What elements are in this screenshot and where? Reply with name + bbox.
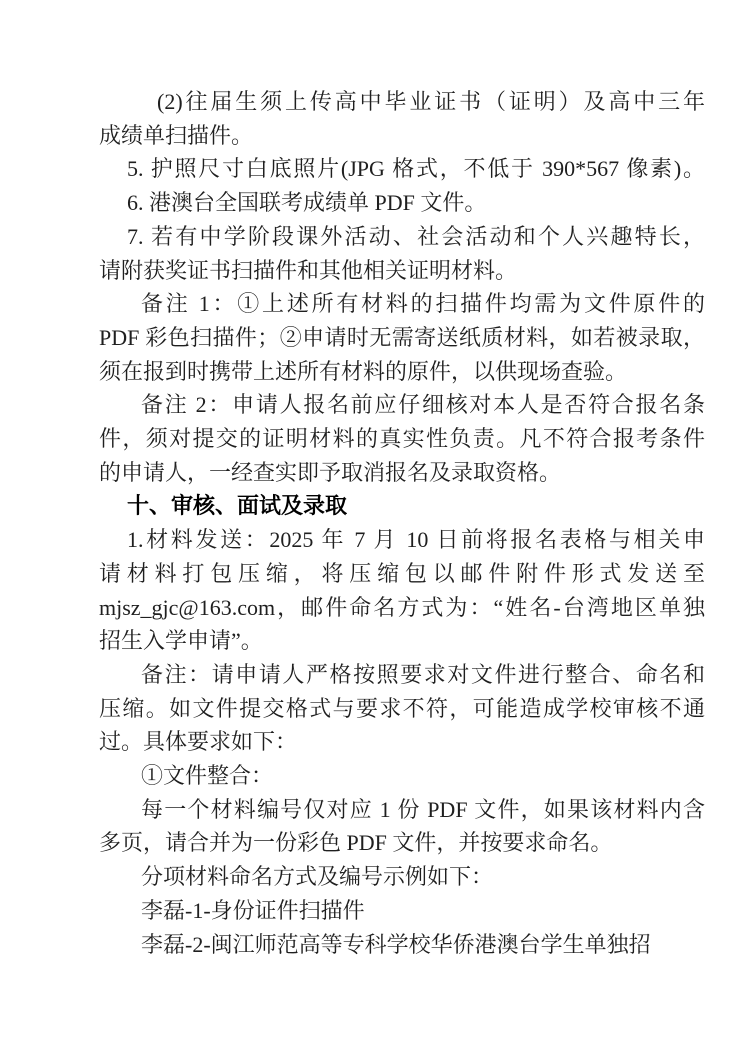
list-item-1-material-sending: 1.材料发送：2025 年 7 月 10 日前将报名表格与相关申 请材料打包压缩… [99,523,705,658]
section-heading-review-interview-admission: 十、审核、面试及录取 [99,489,705,523]
text-line: 备注：请申请人严格按照要求对文件进行整合、命名和 [99,658,705,692]
text-line: 须在报到时携带上述所有材料的原件，以供现场查验。 [99,355,705,389]
paragraph-note-2: 备注 2：申请人报名前应仔细核对本人是否符合报名条 件，须对提交的证明材料的真实… [99,388,705,489]
paragraph-file-integration-point: ①文件整合： [99,759,705,793]
text-line: 备注 2：申请人报名前应仔细核对本人是否符合报名条 [99,388,705,422]
text-line: ①文件整合： [99,759,705,793]
paragraph-naming-example-1: 李磊-1-身份证件扫描件 [99,894,705,928]
text-line: 多页，请合并为一份彩色 PDF 文件，并按要求命名。 [99,826,705,860]
paragraph-note-file-format: 备注：请申请人严格按照要求对文件进行整合、命名和 压缩。如文件提交格式与要求不符… [99,658,705,759]
text-line: 备注 1：①上述所有材料的扫描件均需为文件原件的 [99,287,705,321]
paragraph-naming-example-2: 李磊-2-闽江师范高等专科学校华侨港澳台学生单独招 [99,928,705,962]
document-page: (2)往届生须上传高中毕业证书（证明）及高中三年 成绩单扫描件。 5. 护照尺寸… [0,0,751,1062]
list-item-5-passport-photo: 5. 护照尺寸白底照片(JPG 格式，不低于 390*567 像素)。 [99,152,705,186]
text-line-with-email: mjsz_gjc@163.com，邮件命名方式为：“姓名-台湾地区单独 [99,591,705,625]
text-line: 分项材料命名方式及编号示例如下： [99,860,705,894]
text-line: 的申请人，一经查实即予取消报名及录取资格。 [99,456,705,490]
text-line: (2)往届生须上传高中毕业证书（证明）及高中三年 [99,85,705,119]
text-line: PDF 彩色扫描件；②申请时无需寄送纸质材料，如若被录取， [99,321,705,355]
text-line: 6. 港澳台全国联考成绩单 PDF 文件。 [99,186,705,220]
text-line: 成绩单扫描件。 [99,119,705,153]
paragraph-prior-graduates-transcript: (2)往届生须上传高中毕业证书（证明）及高中三年 成绩单扫描件。 [99,85,705,152]
text-line: 1.材料发送：2025 年 7 月 10 日前将报名表格与相关申 [99,523,705,557]
list-item-7-activities-awards: 7. 若有中学阶段课外活动、社会活动和个人兴趣特长， 请附获奖证书扫描件和其他相… [99,220,705,287]
paragraph-note-1: 备注 1：①上述所有材料的扫描件均需为文件原件的 PDF 彩色扫描件；②申请时无… [99,287,705,388]
text-line: 请材料打包压缩，将压缩包以邮件附件形式发送至 [99,557,705,591]
text-line: 5. 护照尺寸白底照片(JPG 格式，不低于 390*567 像素)。 [99,152,705,186]
list-item-6-joint-exam-transcript: 6. 港澳台全国联考成绩单 PDF 文件。 [99,186,705,220]
paragraph-one-pdf-per-number: 每一个材料编号仅对应 1 份 PDF 文件，如果该材料内含 多页，请合并为一份彩… [99,793,705,860]
paragraph-naming-examples-intro: 分项材料命名方式及编号示例如下： [99,860,705,894]
text-line: 压缩。如文件提交格式与要求不符，可能造成学校审核不通 [99,692,705,726]
section-heading: 十、审核、面试及录取 [99,489,705,523]
text-line: 招生入学申请”。 [99,624,705,658]
text-line: 李磊-2-闽江师范高等专科学校华侨港澳台学生单独招 [99,928,705,962]
text-line: 李磊-1-身份证件扫描件 [99,894,705,928]
text-line: 过。具体要求如下： [99,725,705,759]
text-line: 7. 若有中学阶段课外活动、社会活动和个人兴趣特长， [99,220,705,254]
document-text-block: (2)往届生须上传高中毕业证书（证明）及高中三年 成绩单扫描件。 5. 护照尺寸… [99,85,705,961]
text-line: 件，须对提交的证明材料的真实性负责。凡不符合报考条件 [99,422,705,456]
text-line: 每一个材料编号仅对应 1 份 PDF 文件，如果该材料内含 [99,793,705,827]
text-line: 请附获奖证书扫描件和其他相关证明材料。 [99,254,705,288]
